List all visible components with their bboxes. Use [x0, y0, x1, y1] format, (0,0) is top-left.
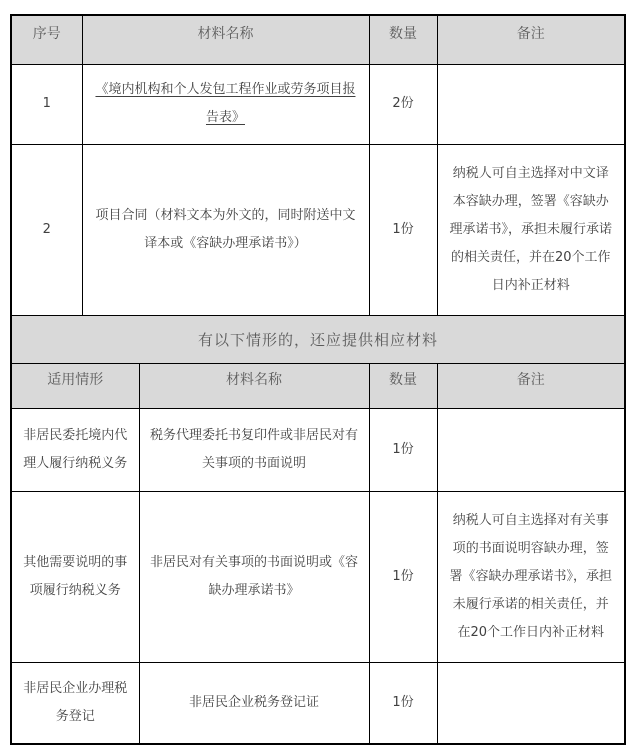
- section-header: 有以下情形的，还应提供相应材料: [12, 316, 624, 363]
- table-row: 其他需要说明的事项履行纳税义务 非居民对有关事项的书面说明或《容缺办理承诺书》 …: [12, 491, 624, 662]
- quantity-cell: 1份: [369, 491, 437, 662]
- material-name-cell: 项目合同（材料文本为外文的，同时附送中文译本或《容缺办理承诺书》）: [82, 144, 369, 315]
- table-header-row: 适用情形 材料名称 数量 备注: [12, 363, 624, 408]
- row-number-cell: 2: [12, 144, 82, 315]
- remark-cell: 纳税人可自主选择对有关事项的书面说明容缺办理，签署《容缺办理承诺书》，承担未履行…: [437, 491, 624, 662]
- scenario-cell: 非居民企业办理税务登记: [12, 662, 139, 743]
- report-form-link[interactable]: 《境内机构和个人发包工程作业或劳务项目报告表》: [95, 82, 355, 125]
- row-number-cell: 1: [12, 64, 82, 144]
- remark-cell: [437, 64, 624, 144]
- material-name-cell: 非居民对有关事项的书面说明或《容缺办理承诺书》: [139, 491, 369, 662]
- quantity-cell: 1份: [369, 662, 437, 743]
- remark-cell: [437, 408, 624, 491]
- quantity-cell: 1份: [369, 408, 437, 491]
- column-header-note: 备注: [437, 16, 624, 64]
- column-header-number: 序号: [12, 16, 82, 64]
- scenario-cell: 非居民委托境内代理人履行纳税义务: [12, 408, 139, 491]
- column-header-material: 材料名称: [82, 16, 369, 64]
- column-header-scenario: 适用情形: [12, 363, 139, 408]
- table-header-row: 序号 材料名称 数量 备注: [12, 16, 624, 64]
- column-header-quantity: 数量: [369, 363, 437, 408]
- remark-cell: [437, 662, 624, 743]
- materials-table-conditional: 适用情形 材料名称 数量 备注 非居民委托境内代理人履行纳税义务 税务代理委托书…: [12, 363, 624, 744]
- material-requirements-table: 序号 材料名称 数量 备注 1 《境内机构和个人发包工程作业或劳务项目报告表》 …: [10, 14, 626, 745]
- scenario-cell: 其他需要说明的事项履行纳税义务: [12, 491, 139, 662]
- quantity-cell: 2份: [369, 64, 437, 144]
- material-name-cell: 《境内机构和个人发包工程作业或劳务项目报告表》: [82, 64, 369, 144]
- material-name-cell: 税务代理委托书复印件或非居民对有关事项的书面说明: [139, 408, 369, 491]
- column-header-note: 备注: [437, 363, 624, 408]
- table-row: 非居民委托境内代理人履行纳税义务 税务代理委托书复印件或非居民对有关事项的书面说…: [12, 408, 624, 491]
- remark-cell: 纳税人可自主选择对中文译本容缺办理，签署《容缺办理承诺书》，承担未履行承诺的相关…: [437, 144, 624, 315]
- column-header-material: 材料名称: [139, 363, 369, 408]
- material-name-cell: 非居民企业税务登记证: [139, 662, 369, 743]
- column-header-quantity: 数量: [369, 16, 437, 64]
- table-row: 1 《境内机构和个人发包工程作业或劳务项目报告表》 2份: [12, 64, 624, 144]
- materials-table-main: 序号 材料名称 数量 备注 1 《境内机构和个人发包工程作业或劳务项目报告表》 …: [12, 16, 624, 316]
- table-row: 2 项目合同（材料文本为外文的，同时附送中文译本或《容缺办理承诺书》） 1份 纳…: [12, 144, 624, 315]
- quantity-cell: 1份: [369, 144, 437, 315]
- table-row: 非居民企业办理税务登记 非居民企业税务登记证 1份: [12, 662, 624, 743]
